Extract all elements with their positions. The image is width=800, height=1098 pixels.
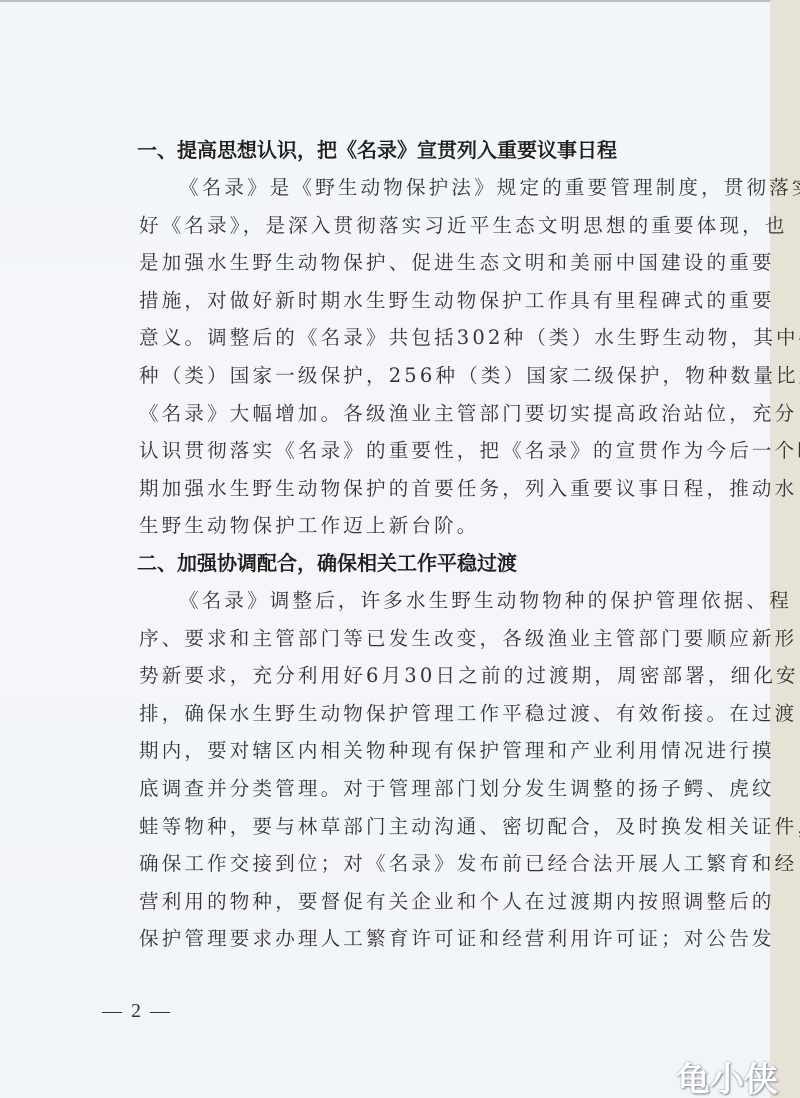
text-line: 期内，要对辖区内相关物种现有保护管理和产业利用情况进行摸 bbox=[99, 732, 674, 770]
text-line: 认识贯彻落实《名录》的重要性，把《名录》的宣贯作为今后一个时 bbox=[99, 432, 674, 470]
text-line: 底调查并分类管理。对于管理部门划分发生调整的扬子鳄、虎纹 bbox=[99, 770, 674, 808]
text-line: 生野生动物保护工作迈上新台阶。 bbox=[99, 507, 674, 545]
text-line: 《名录》调整后，许多水生野生动物物种的保护管理依据、程 bbox=[99, 582, 674, 620]
text-line: 保护管理要求办理人工繁育许可证和经营利用许可证；对公告发 bbox=[99, 920, 674, 958]
text-line: 确保工作交接到位；对《名录》发布前已经合法开展人工繁育和经 bbox=[99, 845, 674, 883]
section-2-heading: 二、加强协调配合，确保相关工作平稳过渡 bbox=[99, 545, 674, 582]
text-line: 排，确保水生野生动物保护管理工作平稳过渡、有效衔接。在过渡 bbox=[99, 695, 674, 733]
section-2-paragraph: 《名录》调整后，许多水生野生动物物种的保护管理依据、程 序、要求和主管部门等已发… bbox=[99, 582, 674, 958]
page-number: — 2 — bbox=[102, 1000, 172, 1023]
section-1-heading: 一、提高思想认识，把《名录》宣贯列入重要议事日程 bbox=[99, 132, 674, 169]
text-line: 《名录》大幅增加。各级渔业主管部门要切实提高政治站位，充分 bbox=[99, 395, 674, 433]
text-line: 意义。调整后的《名录》共包括302种（类）水生野生动物，其中46 bbox=[99, 319, 674, 357]
text-line: 势新要求，充分利用好6月30日之前的过渡期，周密部署，细化安 bbox=[99, 657, 674, 695]
watermark-logo: 龟小侠 bbox=[676, 1052, 778, 1098]
text-line: 是加强水生野生动物保护、促进生态文明和美丽中国建设的重要 bbox=[99, 244, 674, 282]
section-1-paragraph: 《名录》是《野生动物保护法》规定的重要管理制度，贯彻落实 好《名录》，是深入贯彻… bbox=[99, 169, 674, 545]
scan-edge-line bbox=[0, 0, 770, 2]
text-line: 序、要求和主管部门等已发生改变，各级渔业主管部门要顺应新形 bbox=[99, 620, 674, 658]
text-line: 营利用的物种，要督促有关企业和个人在过渡期内按照调整后的 bbox=[99, 883, 674, 921]
document-body: 一、提高思想认识，把《名录》宣贯列入重要议事日程 《名录》是《野生动物保护法》规… bbox=[99, 132, 674, 958]
text-line: 期加强水生野生动物保护的首要任务，列入重要议事日程，推动水 bbox=[99, 470, 674, 508]
text-line: 好《名录》，是深入贯彻落实习近平生态文明思想的重要体现，也 bbox=[99, 207, 674, 245]
text-line: 《名录》是《野生动物保护法》规定的重要管理制度，贯彻落实 bbox=[99, 169, 674, 207]
text-line: 措施，对做好新时期水生野生动物保护工作具有里程碑式的重要 bbox=[99, 282, 674, 320]
text-line: 蛙等物种，要与林草部门主动沟通、密切配合，及时换发相关证件， bbox=[99, 808, 674, 846]
text-line: 种（类）国家一级保护，256种（类）国家二级保护，物种数量比原有 bbox=[99, 357, 674, 395]
